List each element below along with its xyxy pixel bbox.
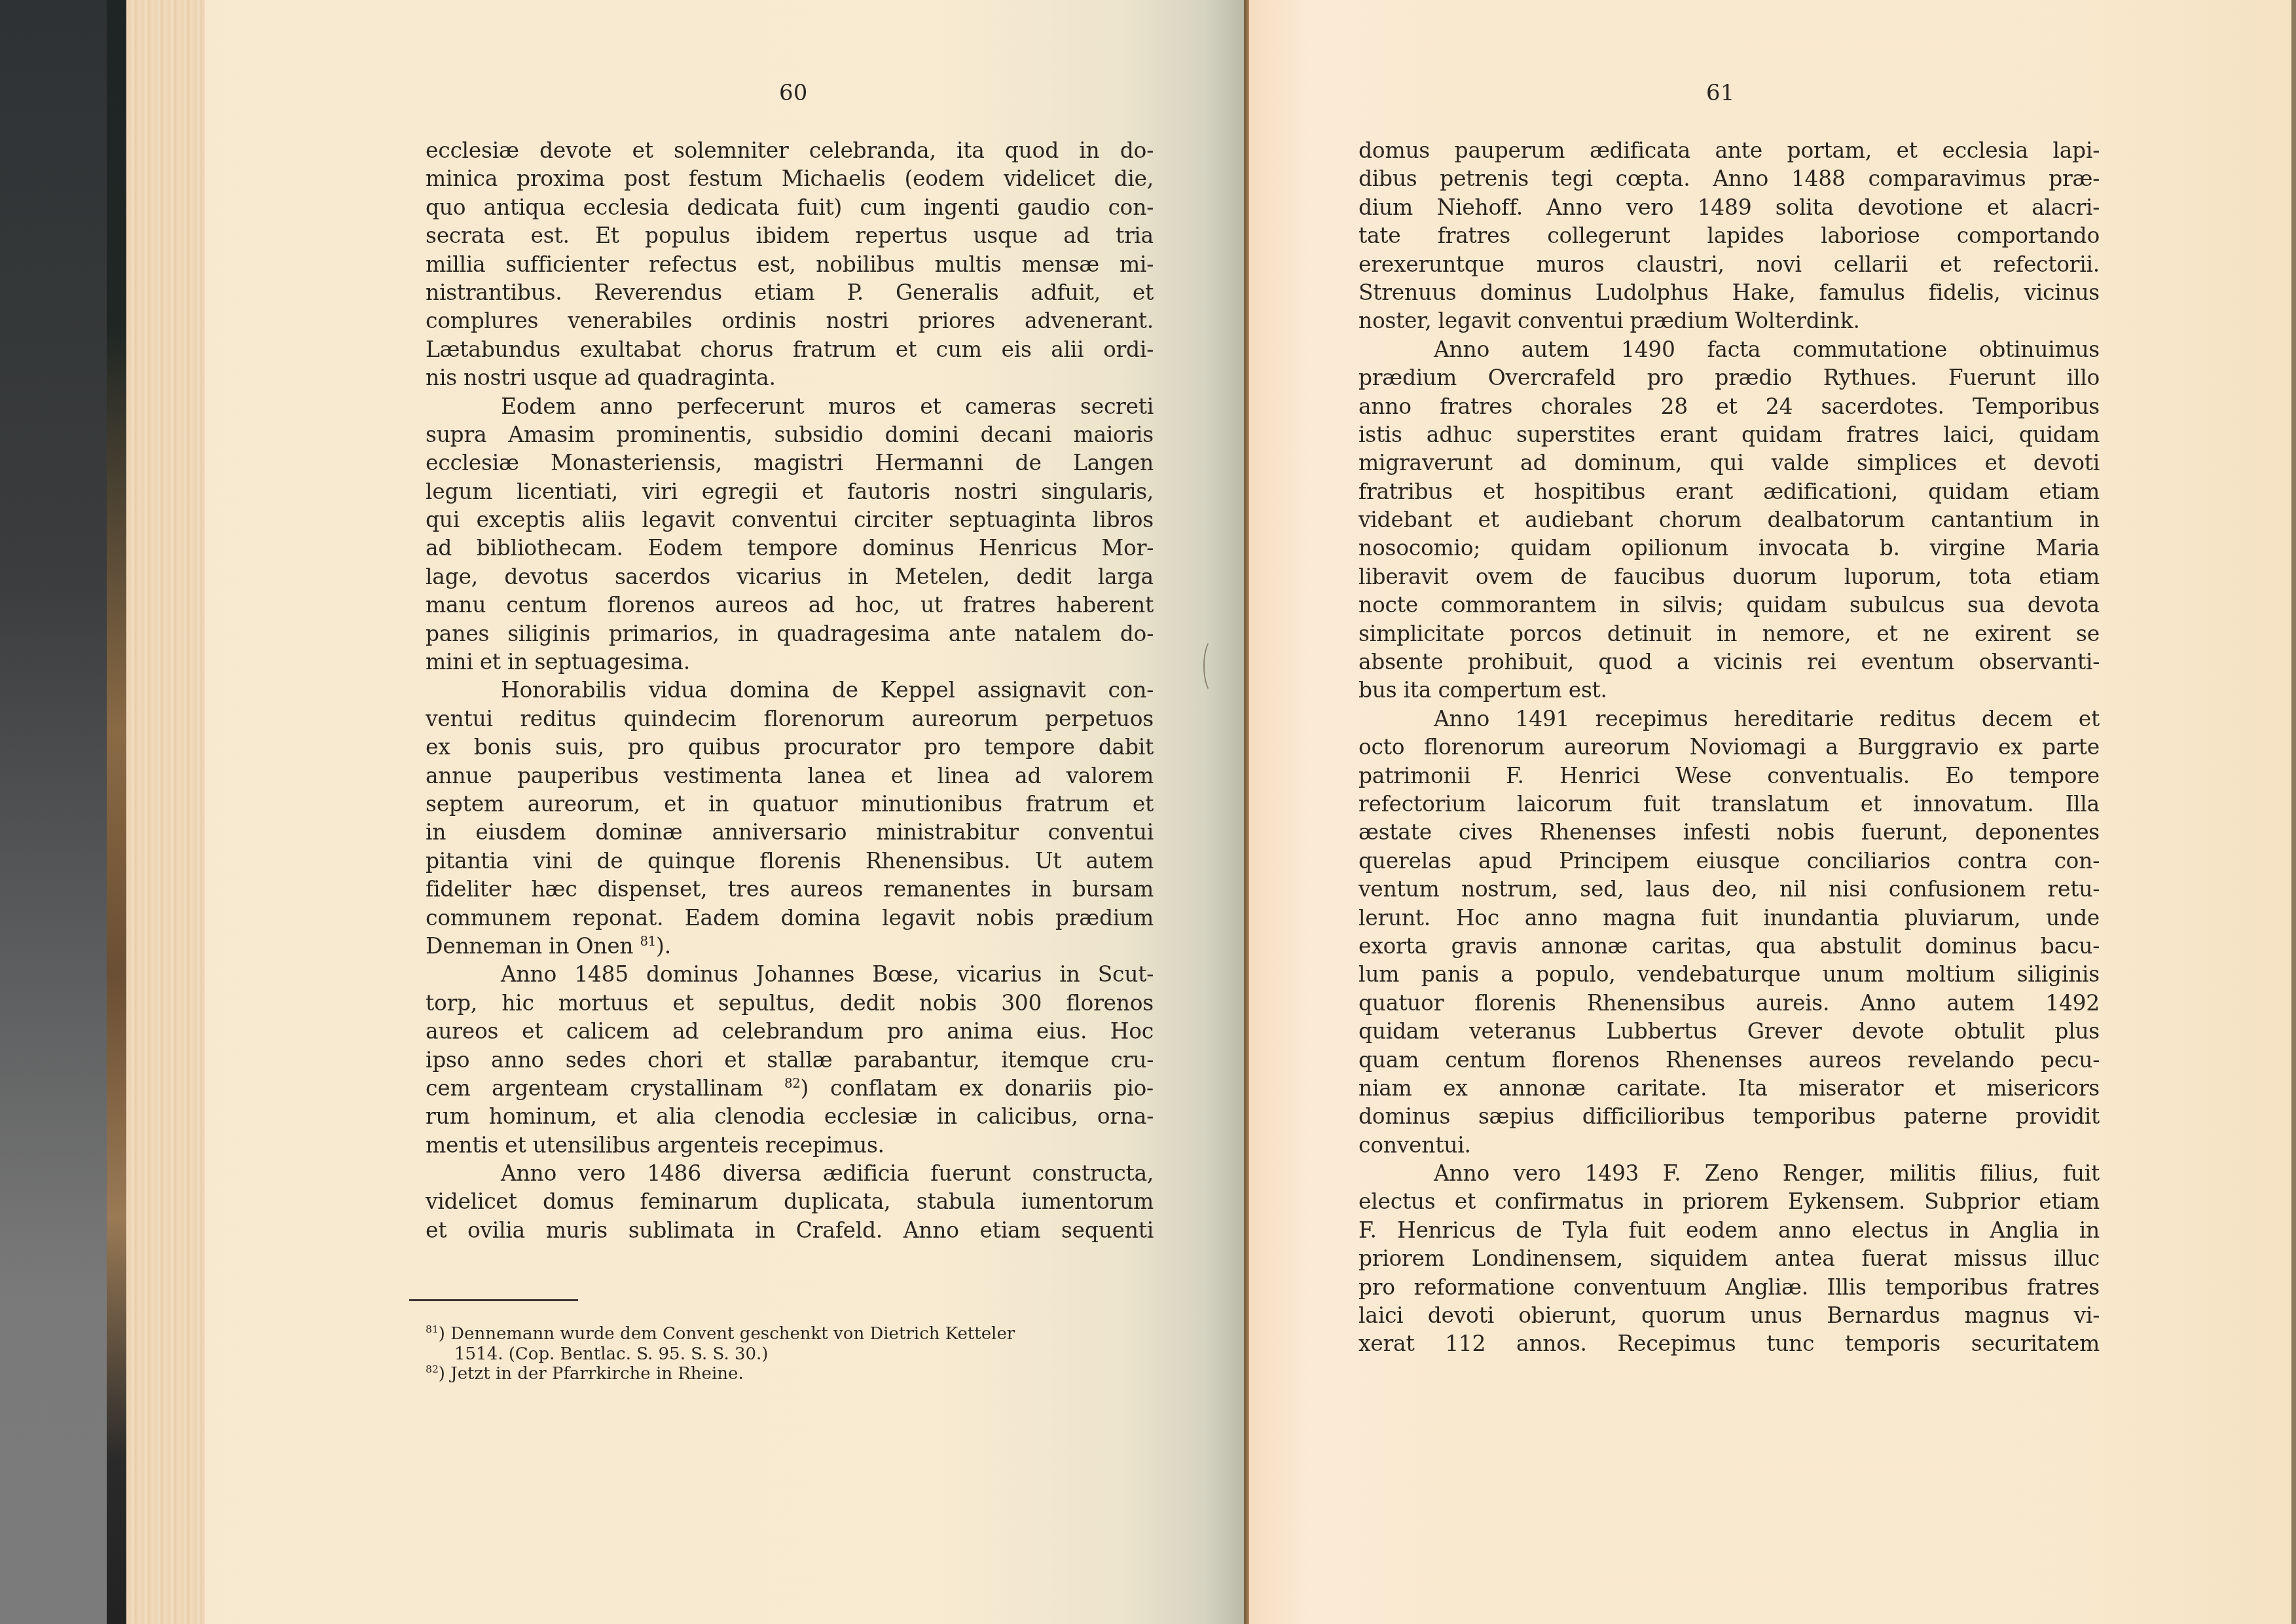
line-text: electus et confirmatus in priorem Eykens… (1358, 1189, 2100, 1214)
footnote-line: 81) Dennemann wurde dem Convent geschenk… (426, 1324, 1146, 1344)
text-line: quo antiqua ecclesia dedicata fuit) cum … (426, 193, 1154, 221)
line-text: lum panis a populo, vendebaturque unum m… (1358, 961, 2100, 987)
text-line: annue pauperibus vestimenta lanea et lin… (426, 762, 1154, 790)
line-text: Lætabundus exultabat chorus fratrum et c… (426, 337, 1154, 362)
text-line: anno fratres chorales 28 et 24 sacerdote… (1358, 392, 2100, 420)
line-text: xerat 112 annos. Recepimus tunc temporis… (1358, 1331, 2100, 1356)
line-text: complures venerabiles ordinis nostri pri… (426, 308, 1154, 333)
line-text: mentis et utensilibus argenteis recepimu… (426, 1132, 884, 1158)
line-text: annue pauperibus vestimenta lanea et lin… (426, 763, 1154, 788)
text-line: pro reformatione conventuum Angliæ. Illi… (1358, 1273, 2100, 1301)
right-page-edge (2291, 0, 2296, 1624)
line-text: dibus petrenis tegi cœpta. Anno 1488 com… (1358, 166, 2100, 191)
line-text: minica proxima post festum Michaelis (eo… (426, 166, 1154, 191)
text-line: fideliter hæc dispenset, tres aureos rem… (426, 875, 1154, 903)
text-line: Anno vero 1486 diversa ædificia fuerunt … (426, 1159, 1154, 1187)
text-line: mentis et utensilibus argenteis recepimu… (426, 1131, 1154, 1159)
text-line: noster, legavit conventui prædium Wolter… (1358, 306, 2100, 335)
line-text: Honorabilis vidua domina de Keppel assig… (501, 677, 1154, 703)
line-text: ventui reditus quindecim florenorum aure… (426, 706, 1154, 731)
line-text: nocte commorantem in silvis; quidam subu… (1358, 592, 2100, 618)
line-text: conventui. (1358, 1132, 1471, 1158)
text-line: bus ita compertum est. (1358, 676, 2100, 704)
footnote-text: ) Dennemann wurde dem Convent geschenkt … (439, 1324, 1015, 1344)
line-text: priorem Londinensem, siquidem antea fuer… (1358, 1246, 2100, 1271)
footnote-line: 82) Jetzt in der Pfarrkirche in Rheine. (426, 1364, 1146, 1384)
line-text: dium Niehoff. Anno vero 1489 solita devo… (1358, 194, 2100, 220)
text-line: pitantia vini de quinque florenis Rhenen… (426, 847, 1154, 875)
line-text: simplicitate porcos detinuit in nemore, … (1358, 621, 2100, 646)
line-text: quo antiqua ecclesia dedicata fuit) cum … (426, 194, 1154, 220)
line-text: et ovilia muris sublimata in Crafeld. An… (426, 1217, 1154, 1243)
line-text: rum hominum, et alia clenodia ecclesiæ i… (426, 1103, 1154, 1129)
text-line: videlicet domus feminarum duplicata, sta… (426, 1187, 1154, 1215)
page-number-left: 60 (779, 80, 807, 106)
footnote-number: 81 (426, 1323, 439, 1335)
text-line: octo florenorum aureorum Noviomagi a Bur… (1358, 733, 2100, 761)
text-line: quam centum florenos Rhenenses aureos re… (1358, 1046, 2100, 1074)
line-text: Anno vero 1493 F. Zeno Renger, militis f… (1434, 1160, 2100, 1186)
line-text-after: ). (656, 933, 671, 959)
text-line: lage, devotus sacerdos vicarius in Metel… (426, 563, 1154, 591)
line-text: torp, hic mortuus et sepultus, dedit nob… (426, 990, 1154, 1016)
text-line: priorem Londinensem, siquidem antea fuer… (1358, 1244, 2100, 1272)
line-text: ad bibliothecam. Eodem tempore dominus H… (426, 535, 1154, 561)
line-text: ipso anno sedes chori et stallæ parabant… (426, 1047, 1154, 1073)
text-line: quatuor florenis Rhenensibus aureis. Ann… (1358, 989, 2100, 1017)
text-line: prædium Overcrafeld pro prædio Rythues. … (1358, 363, 2100, 392)
text-line: erexeruntque muros claustri, novi cellar… (1358, 250, 2100, 278)
page-number-right: 61 (1706, 80, 1734, 106)
line-text: tate fratres collegerunt lapides laborio… (1358, 223, 2100, 248)
line-text: nistrantibus. Reverendus etiam P. Genera… (426, 280, 1154, 305)
footnote-ref: 81 (640, 934, 657, 949)
text-line: Anno autem 1490 facta commutatione obtin… (1358, 335, 2100, 363)
text-line: laici devoti obierunt, quorum unus Berna… (1358, 1301, 2100, 1329)
line-text: octo florenorum aureorum Noviomagi a Bur… (1358, 734, 2100, 760)
text-line: simplicitate porcos detinuit in nemore, … (1358, 619, 2100, 648)
line-text: prædium Overcrafeld pro prædio Rythues. … (1358, 365, 2100, 390)
text-line: ventum nostrum, sed, laus deo, nil nisi … (1358, 875, 2100, 903)
scanner-background (0, 0, 121, 1624)
text-line: Strenuus dominus Ludolphus Hake, famulus… (1358, 278, 2100, 306)
text-line: minica proxima post festum Michaelis (eo… (426, 164, 1154, 193)
line-text: communem reponat. Eadem domina legavit n… (426, 905, 1154, 931)
text-line: fratribus et hospitibus erant ædificatio… (1358, 477, 2100, 506)
text-line: panes siliginis primarios, in quadragesi… (426, 619, 1154, 648)
text-line: niam ex annonæ caritate. Ita miserator e… (1358, 1074, 2100, 1102)
text-line: domus pauperum ædificata ante portam, et… (1358, 136, 2100, 164)
line-text-after: ) conflatam ex donariis pio- (801, 1075, 1154, 1101)
text-line: lum panis a populo, vendebaturque unum m… (1358, 960, 2100, 988)
line-text: migraverunt ad dominum, qui valde simpli… (1358, 450, 2100, 475)
footnote-number: 82 (426, 1363, 439, 1375)
line-text: Anno autem 1490 facta commutatione obtin… (1434, 337, 2100, 362)
text-line: torp, hic mortuus et sepultus, dedit nob… (426, 989, 1154, 1017)
line-text: æstate cives Rhenenses infesti nobis fue… (1358, 819, 2100, 845)
book-gutter (1244, 0, 1249, 1624)
line-text: absente prohibuit, quod a vicinis rei ev… (1358, 649, 2100, 674)
line-text: quidam veteranus Lubbertus Grever devote… (1358, 1018, 2100, 1044)
text-line: F. Henricus de Tyla fuit eodem anno elec… (1358, 1216, 2100, 1244)
line-text: lerunt. Hoc anno magna fuit inundantia p… (1358, 905, 2100, 931)
line-text: aureos et calicem ad celebrandum pro ani… (426, 1018, 1154, 1044)
line-text: Strenuus dominus Ludolphus Hake, famulus… (1358, 280, 2100, 305)
footnote-rule (409, 1299, 578, 1301)
line-text: mini et in septuagesima. (426, 649, 690, 674)
line-text: exorta gravis annonæ caritas, qua abstul… (1358, 933, 2100, 959)
footnote-line: 1514. (Cop. Bentlac. S. 95. S. S. 30.) (426, 1344, 1146, 1365)
line-text: qui exceptis aliis legavit conventui cir… (426, 507, 1154, 532)
text-line: Anno 1485 dominus Johannes Bœse, vicariu… (426, 960, 1154, 988)
line-text: fratribus et hospitibus erant ædificatio… (1358, 479, 2100, 504)
line-text: ex bonis suis, pro quibus procurator pro… (426, 734, 1154, 760)
line-text: anno fratres chorales 28 et 24 sacerdote… (1358, 394, 2100, 419)
line-text: supra Amasim prominentis, subsidio domin… (426, 422, 1154, 447)
line-text: niam ex annonæ caritate. Ita miserator e… (1358, 1075, 2100, 1101)
line-text: ecclesiæ Monasteriensis, magistri Herman… (426, 450, 1154, 475)
text-line: mini et in septuagesima. (426, 648, 1154, 676)
line-text: Eodem anno perfecerunt muros et cameras … (501, 394, 1154, 419)
text-line: manu centum florenos aureos ad hoc, ut f… (426, 591, 1154, 619)
line-text: patrimonii F. Henrici Wese conventualis.… (1358, 763, 2100, 788)
text-line: exorta gravis annonæ caritas, qua abstul… (1358, 932, 2100, 960)
text-line: dibus petrenis tegi cœpta. Anno 1488 com… (1358, 164, 2100, 193)
text-line: electus et confirmatus in priorem Eykens… (1358, 1187, 2100, 1215)
text-line: supra Amasim prominentis, subsidio domin… (426, 420, 1154, 449)
line-text: refectorium laicorum fuit translatum et … (1358, 791, 2100, 817)
text-line: patrimonii F. Henrici Wese conventualis.… (1358, 762, 2100, 790)
line-text: fideliter hæc dispenset, tres aureos rem… (426, 876, 1154, 902)
line-text: querelas apud Principem eiusque concilia… (1358, 848, 2100, 874)
text-line: nis nostri usque ad quadraginta. (426, 363, 1154, 392)
line-text: domus pauperum ædificata ante portam, et… (1358, 138, 2100, 163)
line-text: ventum nostrum, sed, laus deo, nil nisi … (1358, 876, 2100, 902)
text-line: æstate cives Rhenenses infesti nobis fue… (1358, 818, 2100, 846)
left-page-body: ecclesiæ devote et solemniter celebranda… (426, 136, 1154, 1244)
text-line: liberavit ovem de faucibus duorum luporu… (1358, 563, 2100, 591)
line-text: cem argenteam crystallinam (426, 1075, 784, 1101)
text-line: videbant et audiebant chorum dealbatorum… (1358, 506, 2100, 534)
text-line: Eodem anno perfecerunt muros et cameras … (426, 392, 1154, 420)
line-text: in eiusdem dominæ anniversario ministrab… (426, 819, 1154, 845)
text-line: nistrantibus. Reverendus etiam P. Genera… (426, 278, 1154, 306)
text-line: Lætabundus exultabat chorus fratrum et c… (426, 335, 1154, 363)
line-text: manu centum florenos aureos ad hoc, ut f… (426, 592, 1154, 618)
line-text: F. Henricus de Tyla fuit eodem anno elec… (1358, 1217, 2100, 1243)
text-line: cem argenteam crystallinam 82) conflatam… (426, 1074, 1154, 1102)
line-text: Anno 1491 recepimus hereditarie reditus … (1434, 706, 2100, 731)
text-line: querelas apud Principem eiusque concilia… (1358, 847, 2100, 875)
line-text: dominus sæpius difficilioribus temporibu… (1358, 1103, 2100, 1129)
line-text: Anno vero 1486 diversa ædificia fuerunt … (501, 1160, 1154, 1186)
line-text: nis nostri usque ad quadraginta. (426, 365, 776, 390)
line-text: erexeruntque muros claustri, novi cellar… (1358, 251, 2100, 277)
page-stack-edges (126, 0, 205, 1624)
text-line: xerat 112 annos. Recepimus tunc temporis… (1358, 1329, 2100, 1357)
text-line: secrata est. Et populus ibidem repertus … (426, 221, 1154, 249)
line-text: liberavit ovem de faucibus duorum luporu… (1358, 564, 2100, 589)
text-line: rum hominum, et alia clenodia ecclesiæ i… (426, 1102, 1154, 1130)
footnote-text: 1514. (Cop. Bentlac. S. 95. S. S. 30.) (454, 1344, 769, 1364)
line-text: quam centum florenos Rhenenses aureos re… (1358, 1047, 2100, 1073)
text-line: ecclesiæ Monasteriensis, magistri Herman… (426, 449, 1154, 477)
line-text: septem aureorum, et in quatuor minutioni… (426, 791, 1154, 817)
text-line: istis adhuc superstites erant quidam fra… (1358, 420, 2100, 449)
line-text: millia sufficienter refectus est, nobili… (426, 251, 1154, 277)
line-text: Denneman in Onen (426, 933, 640, 959)
line-text: ecclesiæ devote et solemniter celebranda… (426, 138, 1154, 163)
text-line: ex bonis suis, pro quibus procurator pro… (426, 733, 1154, 761)
text-line: dium Niehoff. Anno vero 1489 solita devo… (1358, 193, 2100, 221)
text-line: aureos et calicem ad celebrandum pro ani… (426, 1017, 1154, 1045)
line-text: Anno 1485 dominus Johannes Bœse, vicariu… (501, 961, 1154, 987)
text-line: nosocomio; quidam opilionum invocata b. … (1358, 534, 2100, 562)
line-text: quatuor florenis Rhenensibus aureis. Ann… (1358, 990, 2100, 1016)
line-text: secrata est. Et populus ibidem repertus … (426, 223, 1154, 248)
footnote-text: ) Jetzt in der Pfarrkirche in Rheine. (439, 1364, 744, 1384)
text-line: lerunt. Hoc anno magna fuit inundantia p… (1358, 904, 2100, 932)
text-line: ventui reditus quindecim florenorum aure… (426, 705, 1154, 733)
text-line: quidam veteranus Lubbertus Grever devote… (1358, 1017, 2100, 1045)
text-line: Honorabilis vidua domina de Keppel assig… (426, 676, 1154, 704)
text-line: ecclesiæ devote et solemniter celebranda… (426, 136, 1154, 164)
text-line: ipso anno sedes chori et stallæ parabant… (426, 1046, 1154, 1074)
line-text: istis adhuc superstites erant quidam fra… (1358, 422, 2100, 447)
text-line: refectorium laicorum fuit translatum et … (1358, 790, 2100, 818)
line-text: nosocomio; quidam opilionum invocata b. … (1358, 535, 2100, 561)
text-line: conventui. (1358, 1131, 2100, 1159)
text-line: qui exceptis aliis legavit conventui cir… (426, 506, 1154, 534)
text-line: absente prohibuit, quod a vicinis rei ev… (1358, 648, 2100, 676)
line-text: legum licentiati, viri egregii et fautor… (426, 479, 1154, 504)
text-line: communem reponat. Eadem domina legavit n… (426, 904, 1154, 932)
line-text: videbant et audiebant chorum dealbatorum… (1358, 507, 2100, 532)
text-line: tate fratres collegerunt lapides laborio… (1358, 221, 2100, 249)
line-text: bus ita compertum est. (1358, 677, 1607, 703)
text-line: ad bibliothecam. Eodem tempore dominus H… (426, 534, 1154, 562)
text-line: dominus sæpius difficilioribus temporibu… (1358, 1102, 2100, 1130)
text-line: septem aureorum, et in quatuor minutioni… (426, 790, 1154, 818)
text-line: Anno vero 1493 F. Zeno Renger, militis f… (1358, 1159, 2100, 1187)
line-text: noster, legavit conventui prædium Wolter… (1358, 308, 1860, 333)
line-text: pro reformatione conventuum Angliæ. Illi… (1358, 1274, 2100, 1300)
footnote-ref: 82 (784, 1076, 801, 1091)
text-line: et ovilia muris sublimata in Crafeld. An… (426, 1216, 1154, 1244)
text-line: legum licentiati, viri egregii et fautor… (426, 477, 1154, 506)
text-line: millia sufficienter refectus est, nobili… (426, 250, 1154, 278)
line-text: panes siliginis primarios, in quadragesi… (426, 621, 1154, 646)
pencil-mark (1203, 638, 1223, 693)
line-text: videlicet domus feminarum duplicata, sta… (426, 1189, 1154, 1214)
text-line: in eiusdem dominæ anniversario ministrab… (426, 818, 1154, 846)
line-text: pitantia vini de quinque florenis Rhenen… (426, 848, 1154, 874)
text-line: nocte commorantem in silvis; quidam subu… (1358, 591, 2100, 619)
footnotes: 81) Dennemann wurde dem Convent geschenk… (426, 1324, 1146, 1384)
text-line: complures venerabiles ordinis nostri pri… (426, 306, 1154, 335)
line-text: laici devoti obierunt, quorum unus Berna… (1358, 1302, 2100, 1328)
text-line: Anno 1491 recepimus hereditarie reditus … (1358, 705, 2100, 733)
text-line: Denneman in Onen 81). (426, 932, 1154, 960)
text-line: migraverunt ad dominum, qui valde simpli… (1358, 449, 2100, 477)
line-text: lage, devotus sacerdos vicarius in Metel… (426, 564, 1154, 589)
right-page-body: domus pauperum ædificata ante portam, et… (1358, 136, 2100, 1358)
book-cover-edge (107, 0, 126, 1624)
